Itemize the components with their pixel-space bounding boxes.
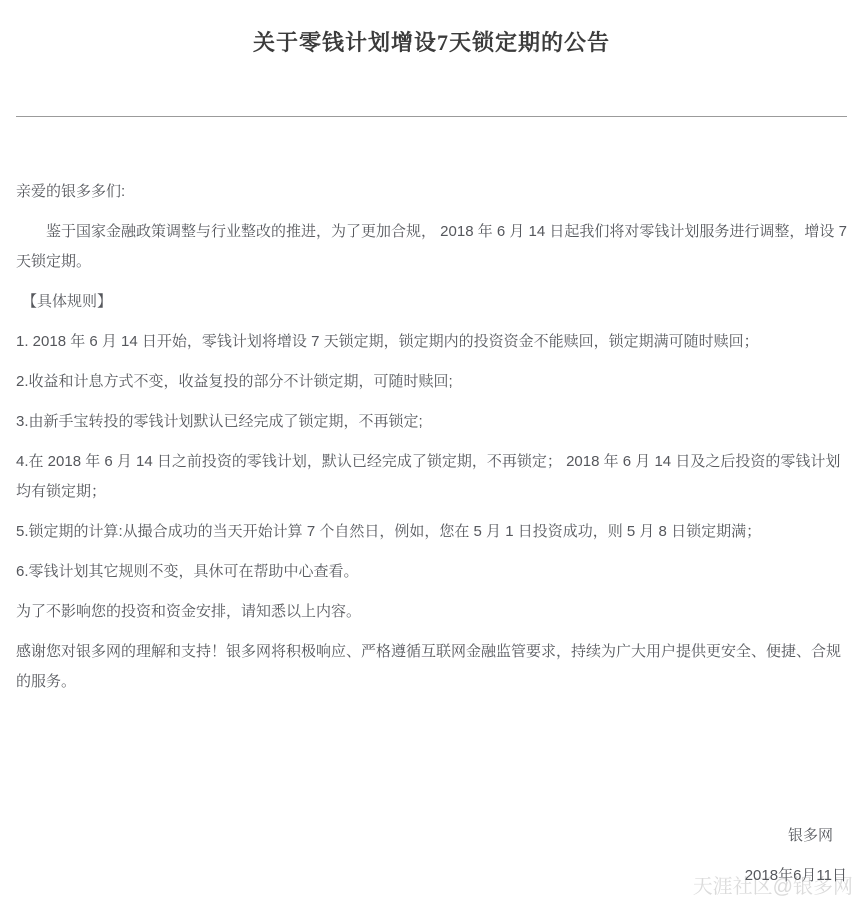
publish-date: 2018年6月11日	[16, 861, 847, 891]
signature-line: 银多网	[16, 821, 847, 851]
announcement-page: 关于零钱计划增设7天锁定期的公告 亲爱的银多多们: 鉴于国家金融政策调整与行业整…	[0, 28, 855, 891]
rule-item-1: 1. 2018 年 6 月 14 日开始，零钱计划将增设 7 天锁定期，锁定期内…	[16, 327, 847, 357]
greeting-line: 亲爱的银多多们:	[16, 177, 847, 207]
announcement-body: 亲爱的银多多们: 鉴于国家金融政策调整与行业整改的推进，为了更加合规， 2018…	[16, 177, 847, 891]
rule-item-2: 2.收益和计息方式不变，收益复投的部分不计锁定期，可随时赎回;	[16, 367, 847, 397]
page-title: 关于零钱计划增设7天锁定期的公告	[16, 28, 847, 58]
intro-paragraph: 鉴于国家金融政策调整与行业整改的推进，为了更加合规， 2018 年 6 月 14…	[16, 217, 847, 277]
rule-item-3: 3.由新手宝转投的零钱计划默认已经完成了锁定期，不再锁定;	[16, 407, 847, 437]
rule-item-5: 5.锁定期的计算:从撮合成功的当天开始计算 7 个自然日，例如，您在 5 月 1…	[16, 517, 847, 547]
rule-item-6: 6.零钱计划其它规则不变，具休可在帮助中心查看。	[16, 557, 847, 587]
notice-paragraph: 为了不影响您的投资和资金安排，请知悉以上内容。	[16, 597, 847, 627]
rules-header: 【具体规则】	[16, 287, 847, 317]
title-divider	[16, 116, 847, 117]
thanks-paragraph: 感谢您对银多网的理解和支持！银多网将积极响应、严格遵循互联网金融监管要求，持续为…	[16, 637, 847, 697]
rule-item-4: 4.在 2018 年 6 月 14 日之前投资的零钱计划，默认已经完成了锁定期，…	[16, 447, 847, 507]
